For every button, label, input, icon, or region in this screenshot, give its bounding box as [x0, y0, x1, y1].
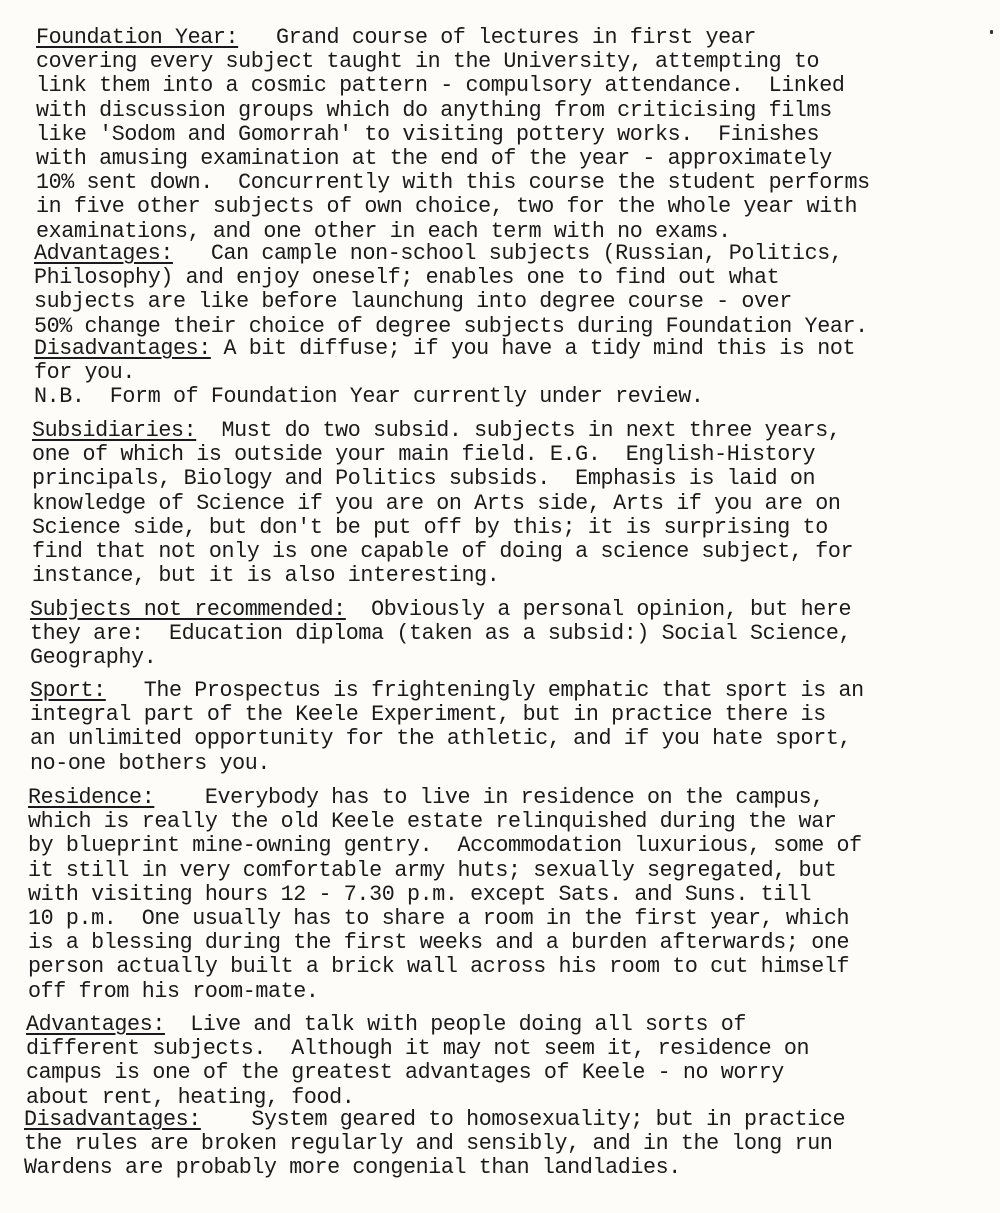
ink-speck — [990, 30, 993, 34]
text-line: no-one bothers you. — [30, 751, 270, 775]
section-text: like 'Sodom and Gomorrah' to visiting po… — [36, 121, 819, 147]
section-heading: Subjects not recommended: — [30, 596, 346, 622]
section-heading: Residence: — [28, 784, 154, 810]
text-line: covering every subject taught in the Uni… — [36, 49, 819, 73]
section-text: off from his room-mate. — [28, 978, 319, 1004]
section-text: Philosophy) and enjoy oneself; enables o… — [34, 264, 779, 290]
section-text: N.B. Form of Foundation Year currently u… — [34, 383, 704, 409]
section-text: with visiting hours 12 - 7.30 p.m. excep… — [28, 881, 811, 907]
section-text: integral part of the Keele Experiment, b… — [30, 701, 826, 727]
section-text: System geared to homosexuality; but in p… — [201, 1106, 845, 1132]
section-text: campus is one of the greatest advantages… — [26, 1059, 784, 1085]
section-text: by blueprint mine-owning gentry. Accommo… — [28, 832, 862, 858]
text-line: in five other subjects of own choice, tw… — [36, 194, 857, 218]
text-line: about rent, heating, food. — [26, 1085, 354, 1109]
text-line: with visiting hours 12 - 7.30 p.m. excep… — [28, 882, 811, 906]
section-text: 10% sent down. Concurrently with this co… — [36, 169, 870, 195]
section-text: with amusing examination at the end of t… — [36, 145, 832, 171]
section-text: no-one bothers you. — [30, 750, 270, 776]
text-line: Subjects not recommended: Obviously a pe… — [30, 597, 851, 621]
section-text: they are: Education diploma (taken as a … — [30, 620, 851, 646]
section-heading: Foundation Year: — [36, 24, 238, 50]
text-line: 50% change their choice of degree subjec… — [34, 314, 868, 338]
section-text: an unlimited opportunity for the athleti… — [30, 725, 851, 751]
text-line: Wardens are probably more congenial than… — [24, 1155, 681, 1179]
section-heading: Subsidiaries: — [32, 417, 196, 443]
text-line: one of which is outside your main field.… — [32, 442, 815, 466]
text-line: with amusing examination at the end of t… — [36, 146, 832, 170]
text-line: Philosophy) and enjoy oneself; enables o… — [34, 265, 779, 289]
section-text: A bit diffuse; if you have a tidy mind t… — [211, 335, 855, 361]
section-text: Wardens are probably more congenial than… — [24, 1154, 681, 1180]
section-text: person actually built a brick wall acros… — [28, 953, 849, 979]
text-line: knowledge of Science if you are on Arts … — [32, 491, 840, 515]
text-line: find that not only is one capable of doi… — [32, 539, 853, 563]
text-line: the rules are broken regularly and sensi… — [24, 1131, 832, 1155]
text-line: like 'Sodom and Gomorrah' to visiting po… — [36, 122, 819, 146]
section-heading: Advantages: — [34, 240, 173, 266]
text-line: instance, but it is also interesting. — [32, 563, 499, 587]
text-line: an unlimited opportunity for the athleti… — [30, 726, 851, 750]
section-text: Science side, but don't be put off by th… — [32, 514, 828, 540]
section-text: the rules are broken regularly and sensi… — [24, 1130, 832, 1156]
text-line: Geography. — [30, 645, 156, 669]
section-text: principals, Biology and Politics subsids… — [32, 465, 815, 491]
text-line: Advantages: Can cample non-school subjec… — [34, 241, 842, 265]
text-line: for you. — [34, 360, 135, 384]
section-text: it still in very comfortable army huts; … — [28, 857, 836, 883]
section-text: Grand course of lectures in first year — [238, 24, 756, 50]
section-text: Everybody has to live in residence on th… — [154, 784, 824, 810]
text-line: 10% sent down. Concurrently with this co… — [36, 170, 870, 194]
section-text: instance, but it is also interesting. — [32, 562, 499, 588]
text-line: Residence: Everybody has to live in resi… — [28, 785, 824, 809]
section-text: Live and talk with people doing all sort… — [165, 1011, 746, 1037]
section-text: Can cample non-school subjects (Russian,… — [173, 240, 843, 266]
text-line: Disadvantages: System geared to homosexu… — [24, 1107, 845, 1131]
text-line: which is really the old Keele estate rel… — [28, 809, 836, 833]
text-line: 10 p.m. One usually has to share a room … — [28, 906, 849, 930]
section-heading: Disadvantages: — [34, 335, 211, 361]
section-text: Obviously a personal opinion, but here — [346, 596, 851, 622]
text-line: they are: Education diploma (taken as a … — [30, 621, 851, 645]
text-line: integral part of the Keele Experiment, b… — [30, 702, 826, 726]
typewritten-page: Foundation Year: Grand course of lecture… — [0, 0, 1000, 1213]
section-text: covering every subject taught in the Uni… — [36, 48, 819, 74]
section-text: Must do two subsid. subjects in next thr… — [196, 417, 840, 443]
text-line: it still in very comfortable army huts; … — [28, 858, 836, 882]
text-line: Subsidiaries: Must do two subsid. subjec… — [32, 418, 840, 442]
text-line: Advantages: Live and talk with people do… — [26, 1012, 746, 1036]
text-line: is a blessing during the first weeks and… — [28, 930, 849, 954]
section-text: link them into a cosmic pattern - compul… — [36, 72, 844, 98]
section-text: The Prospectus is frighteningly emphatic… — [106, 677, 864, 703]
text-line: examinations, and one other in each term… — [36, 219, 731, 243]
text-line: Sport: The Prospectus is frighteningly e… — [30, 678, 864, 702]
section-text: subjects are like before launchung into … — [34, 288, 792, 314]
section-text: which is really the old Keele estate rel… — [28, 808, 836, 834]
section-text: find that not only is one capable of doi… — [32, 538, 853, 564]
section-text: different subjects. Although it may not … — [26, 1035, 809, 1061]
section-text: one of which is outside your main field.… — [32, 441, 815, 467]
text-line: off from his room-mate. — [28, 979, 319, 1003]
text-line: N.B. Form of Foundation Year currently u… — [34, 384, 704, 408]
section-text: in five other subjects of own choice, tw… — [36, 193, 857, 219]
section-text: with discussion groups which do anything… — [36, 97, 832, 123]
text-line: different subjects. Although it may not … — [26, 1036, 809, 1060]
section-heading: Advantages: — [26, 1011, 165, 1037]
text-line: campus is one of the greatest advantages… — [26, 1060, 784, 1084]
section-text: 10 p.m. One usually has to share a room … — [28, 905, 849, 931]
text-line: with discussion groups which do anything… — [36, 98, 832, 122]
section-text: for you. — [34, 359, 135, 385]
section-text: knowledge of Science if you are on Arts … — [32, 490, 840, 516]
section-text: is a blessing during the first weeks and… — [28, 929, 849, 955]
section-heading: Disadvantages: — [24, 1106, 201, 1132]
text-line: link them into a cosmic pattern - compul… — [36, 73, 844, 97]
text-line: Science side, but don't be put off by th… — [32, 515, 828, 539]
text-line: principals, Biology and Politics subsids… — [32, 466, 815, 490]
text-line: Disadvantages: A bit diffuse; if you hav… — [34, 336, 855, 360]
section-text: Geography. — [30, 644, 156, 670]
text-line: subjects are like before launchung into … — [34, 289, 792, 313]
text-line: Foundation Year: Grand course of lecture… — [36, 25, 756, 49]
text-line: person actually built a brick wall acros… — [28, 954, 849, 978]
section-heading: Sport: — [30, 677, 106, 703]
text-line: by blueprint mine-owning gentry. Accommo… — [28, 833, 862, 857]
